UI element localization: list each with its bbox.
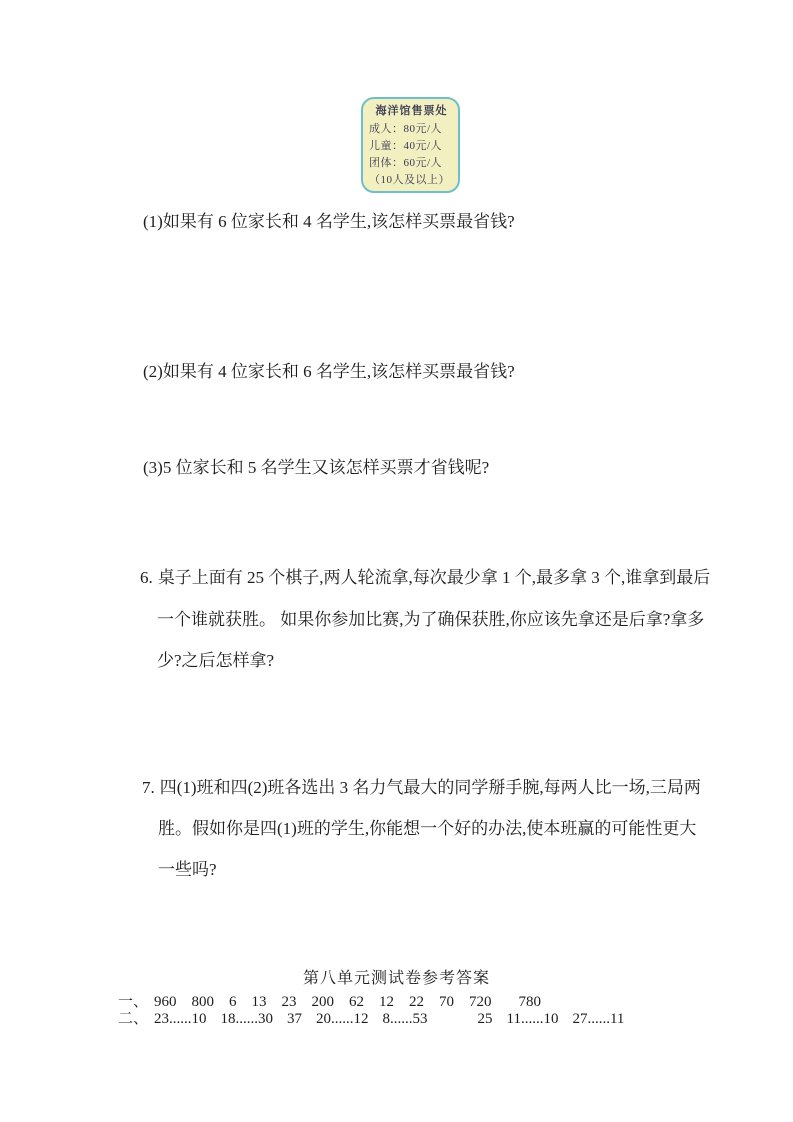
ticket-price-adult: 成人：80元/人 [369,121,454,138]
question-6-line-2: 一个谁就获胜。 如果你参加比赛,为了确保获胜,你应该先拿还是后拿?拿多 [157,608,704,631]
answer-value: 25 [478,1011,493,1028]
answer-row-2: 二、 23......10 18......30 37 20......12 8… [118,1007,638,1028]
question-7-line-3: 一些吗? [158,858,217,881]
answer-value: 27......11 [572,1011,624,1028]
question-6-line-1: 6.桌子上面有 25 个棋子,两人轮流拿,每次最少拿 1 个,最多拿 3 个,谁… [140,566,710,589]
ticket-box-title: 海洋馆售票处 [369,105,454,118]
answer-value: 37 [287,1011,302,1028]
answer-row-2-label: 二、 [118,1007,148,1028]
ticket-price-box: 海洋馆售票处 成人：80元/人 儿童：40元/人 团体：60元/人 （10人及以… [361,97,460,193]
answer-value: 8......53 [383,1011,428,1028]
question-7-text-1: 四(1)班和四(2)班各选出 3 名力气最大的同学掰手腕,每两人比一场,三局两 [160,778,701,797]
question-6-text-1: 桌子上面有 25 个棋子,两人轮流拿,每次最少拿 1 个,最多拿 3 个,谁拿到… [158,568,711,587]
question-7-line-2: 胜。假如你是四(1)班的学生,你能想一个好的办法,使本班赢的可能性更大 [158,817,696,840]
answer-value: 11......10 [507,1011,559,1028]
worksheet-page: 海洋馆售票处 成人：80元/人 儿童：40元/人 团体：60元/人 （10人及以… [0,0,793,1122]
answer-value: 20......12 [316,1011,369,1028]
sub-question-3: (3)5 位家长和 5 名学生又该怎样买票才省钱呢? [143,456,489,479]
sub-question-1: (1)如果有 6 位家长和 4 名学生,该怎样买票最省钱? [143,210,515,233]
answer-key-title: 第八单元测试卷参考答案 [0,965,793,988]
question-6-line-3: 少?之后怎样拿? [157,649,274,672]
answer-value: 23......10 [154,1011,207,1028]
sub-question-2: (2)如果有 4 位家长和 6 名学生,该怎样买票最省钱? [143,360,515,383]
question-7-number: 7. [142,778,155,797]
question-6-number: 6. [140,568,153,587]
ticket-price-child: 儿童：40元/人 [369,138,454,155]
ticket-group-note: （10人及以上） [369,172,454,189]
answer-value: 18......30 [221,1011,274,1028]
question-7-line-1: 7.四(1)班和四(2)班各选出 3 名力气最大的同学掰手腕,每两人比一场,三局… [142,776,701,799]
ticket-price-group: 团体：60元/人 [369,155,454,172]
